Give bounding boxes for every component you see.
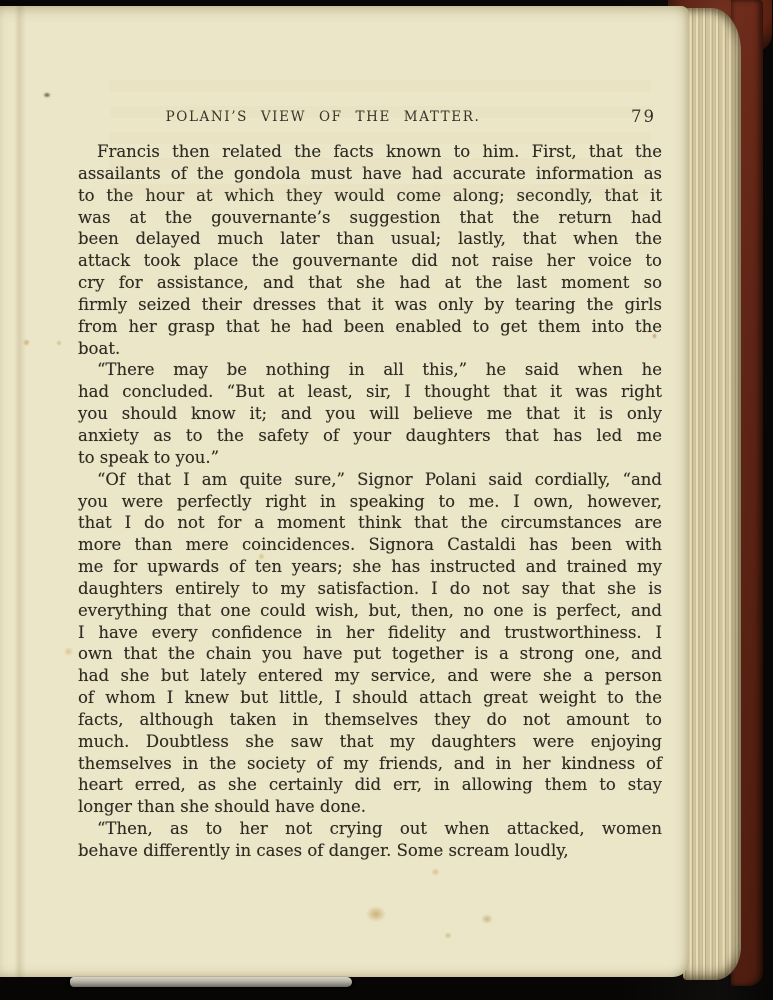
foxing-spot (431, 868, 440, 876)
text-line: everything that one could wish, but, the… (78, 600, 662, 622)
paragraph: Francis then related the facts known to … (78, 141, 662, 359)
text-line: much. Doubtless she saw that my daughter… (78, 731, 662, 753)
text-line: firmly seized their dresses that it was … (78, 294, 662, 316)
foxing-spot (23, 339, 30, 346)
text-line: Francis then related the facts known to … (78, 141, 662, 163)
page-number: 79 (631, 107, 656, 126)
text-line: cry for assistance, and that she had at … (78, 272, 662, 294)
text-line: I have every confidence in her fidelity … (78, 622, 662, 644)
text-line: had she but lately entered my service, a… (78, 665, 662, 687)
text-line: “There may be nothing in all this,” he s… (78, 359, 662, 381)
foxing-spot (64, 647, 73, 656)
text-line: heart erred, as she certainly did err, i… (78, 774, 662, 796)
text-line: of whom I knew but little, I should atta… (78, 687, 662, 709)
text-line: to speak to you.” (78, 447, 662, 469)
page-edges (683, 8, 741, 980)
ink-speck (43, 92, 51, 98)
running-head: POLANI’S VIEW OF THE MATTER. 79 (78, 109, 662, 131)
text-line: you were perfectly right in speaking to … (78, 491, 662, 513)
text-line: was at the gouvernante’s suggestion that… (78, 207, 662, 229)
text-line: been delayed much later than usual; last… (78, 228, 662, 250)
text-line: daughters entirely to my satisfaction. I… (78, 578, 662, 600)
page-header-title: POLANI’S VIEW OF THE MATTER. (166, 109, 481, 125)
text-line: “Of that I am quite sure,” Signor Polani… (78, 469, 662, 491)
text-line: assailants of the gondola must have had … (78, 163, 662, 185)
text-line: longer than she should have done. (78, 796, 662, 818)
paragraph: “There may be nothing in all this,” he s… (78, 359, 662, 468)
text-line: themselves in the society of my friends,… (78, 753, 662, 775)
text-line: attack took place the gouvernante did no… (78, 250, 662, 272)
book-photograph: POLANI’S VIEW OF THE MATTER. 79 Francis … (0, 0, 773, 1000)
text-line: from her grasp that he had been enabled … (78, 316, 662, 338)
foxing-spot (444, 932, 452, 939)
text-line: to the hour at which they would come alo… (78, 185, 662, 207)
text-line: you should know it; and you will believe… (78, 403, 662, 425)
text-line: had concluded. “But at least, sir, I tho… (78, 381, 662, 403)
paragraph: “Of that I am quite sure,” Signor Polani… (78, 469, 662, 819)
text-line: anxiety as to the safety of your daughte… (78, 425, 662, 447)
text-line: boat. (78, 338, 662, 360)
paragraph: “Then, as to her not crying out when att… (78, 818, 662, 862)
text-line: “Then, as to her not crying out when att… (78, 818, 662, 840)
text-line: behave differently in cases of danger. S… (78, 840, 662, 862)
foxing-spot (481, 914, 493, 924)
text-line: more than mere coincidences. Signora Cas… (78, 534, 662, 556)
text-line: own that the chain you have put together… (78, 643, 662, 665)
text-line: facts, although taken in themselves they… (78, 709, 662, 731)
foxing-spot (366, 906, 386, 922)
foxing-spot (56, 340, 62, 346)
text-line: that I do not for a moment think that th… (78, 512, 662, 534)
scanner-cradle-bar (70, 977, 352, 987)
book-page: POLANI’S VIEW OF THE MATTER. 79 Francis … (0, 6, 689, 977)
text-block: Francis then related the facts known to … (78, 141, 662, 862)
text-line: me for upwards of ten years; she has ins… (78, 556, 662, 578)
